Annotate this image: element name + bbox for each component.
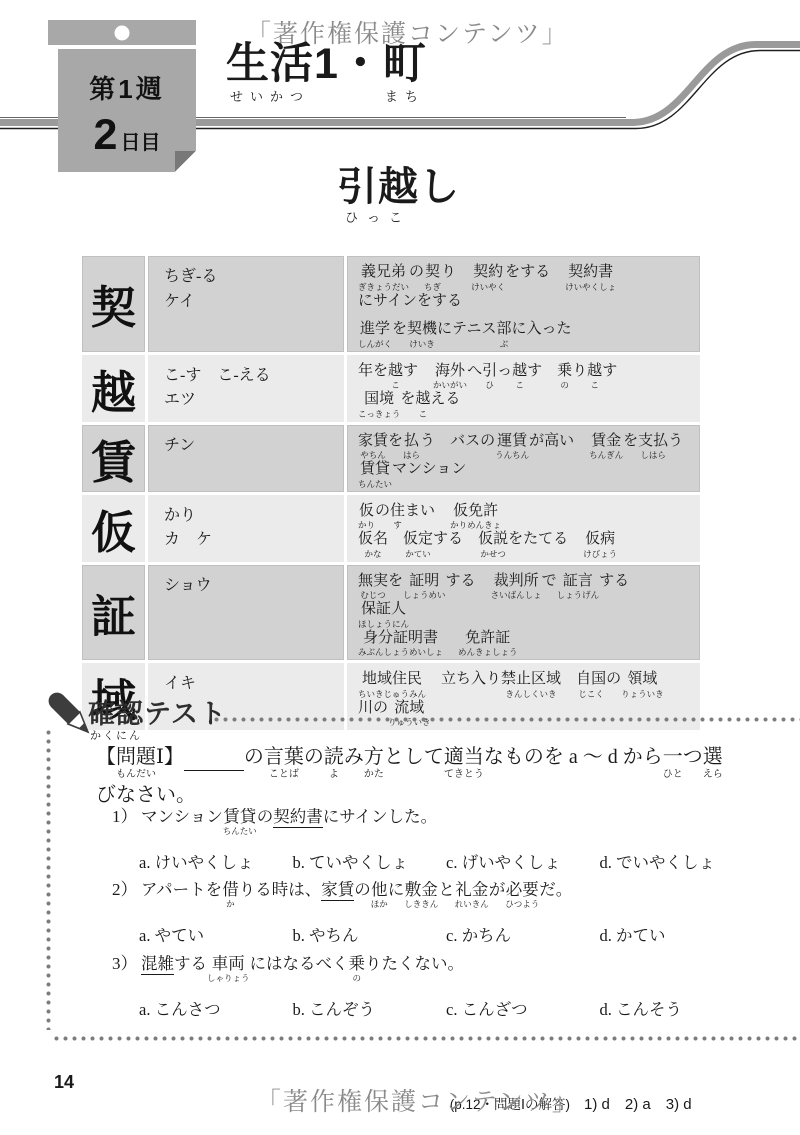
question-number: 3） xyxy=(112,953,141,975)
example-line: 年を越こす 海外かいがいへ引ひっ越こす 乗のり越こす xyxy=(358,362,695,391)
question-stem: アパートを借かりる時は、家賃の他ほかに敷金しききんと礼金れいきんが必要ひつようだ… xyxy=(141,879,572,910)
kanji-readings: チン xyxy=(148,425,344,492)
option-d: d. こんそう xyxy=(600,996,754,1020)
answer-options: a. やてい b. やちん c. かちん d. かてい xyxy=(139,922,753,946)
kanji-examples: 義兄弟ぎきょうだいの契ちぎり 契約けいやくをする 契約書けいやくしょにサインをす… xyxy=(347,256,700,352)
kanji-row-kei: 契 ちぎ‐る ケイ 義兄弟ぎきょうだいの契ちぎり 契約けいやくをする 契約書けい… xyxy=(82,256,700,352)
question-stem: 混雑する車両しゃりょうにはなるべく乗のりたくない。 xyxy=(141,953,464,984)
dotted-border-bottom xyxy=(52,1035,800,1042)
kanji-examples: 家賃やちんを払はらう バスの運賃うんちんが高い 賃金ちんぎんを支払しはらう 賃貸… xyxy=(347,425,700,492)
option-a: a. こんさつ xyxy=(139,996,293,1020)
option-c: c. げいやくしょ xyxy=(446,849,600,873)
textbook-page: 「著作権保護コンテンツ」 第1週 2日目 生活せいかつ1・町まち 引越ひっこし … xyxy=(0,0,800,1135)
kanji-table: 契 ちぎ‐る ケイ 義兄弟ぎきょうだいの契ちぎり 契約けいやくをする 契約書けい… xyxy=(82,256,700,733)
kun-reading: かり xyxy=(164,504,343,529)
on-reading: ショウ xyxy=(164,574,343,599)
calendar-body: 第1週 2日目 xyxy=(58,49,196,172)
calendar-hole-icon xyxy=(115,25,130,40)
on-reading: チン xyxy=(164,434,343,459)
answer-options: a. けいやくしょ b. ていやくしょ c. げいやくしょ d. でいやくしょ xyxy=(139,849,753,873)
question-number: 2） xyxy=(112,879,141,901)
day-suffix: 日目 xyxy=(120,132,160,154)
kun-reading: ちぎ‐る xyxy=(164,265,343,290)
kanji-row-shou: 証 ショウ 無実むじつを証明しょうめいする 裁判所さいばんしょで証言しょうげんす… xyxy=(82,565,700,661)
kun-reading: こ‐す こ‐える xyxy=(164,364,343,389)
example-line: 仮かりの住すまい 仮免許かりめんきょ xyxy=(358,502,695,531)
kanji-readings: かり カ ケ xyxy=(148,495,344,562)
example-line: 賃貸ちんたいマンション xyxy=(358,460,695,489)
question-number: 1） xyxy=(112,806,141,828)
copyright-watermark-bottom: 「著作権保護コンテンツ」 xyxy=(256,1082,579,1118)
option-d: d. かてい xyxy=(600,922,754,946)
week-label: 第1週 xyxy=(58,69,196,106)
example-line: 進学しんがくを契機けいきにテニス部ぶに入った xyxy=(358,320,695,349)
answer-options: a. こんさつ b. こんぞう c. こんざつ d. こんそう xyxy=(139,996,753,1020)
example-line: 国境こっきょうを越こえる xyxy=(358,390,695,419)
question-3: 3） 混雑する車両しゃりょうにはなるべく乗のりたくない。 a. こんさつ b. … xyxy=(112,953,772,1020)
example-line: 家賃やちんを払はらう バスの運賃うんちんが高い 賃金ちんぎんを支払しはらう xyxy=(358,432,695,461)
on-reading: カ ケ xyxy=(164,528,343,553)
question-stem: マンション賃貸ちんたいの契約書にサインした。 xyxy=(141,806,437,837)
confirmation-test-section: 確認かくにんテスト 【問題もんだいⅠ】 の言葉ことばの読よみ方かたとして適当てき… xyxy=(0,688,800,1050)
kanji-character: 越 xyxy=(82,355,145,422)
option-b: b. やちん xyxy=(293,922,447,946)
option-b: b. こんぞう xyxy=(293,996,447,1020)
kanji-readings: こ‐す こ‐える エツ xyxy=(148,355,344,422)
on-reading: エツ xyxy=(164,388,343,413)
on-reading: ケイ xyxy=(164,290,343,315)
option-a: a. やてい xyxy=(139,922,293,946)
kanji-examples: 無実むじつを証明しょうめいする 裁判所さいばんしょで証言しょうげんする 保証人ほ… xyxy=(347,565,700,661)
dotted-border-top xyxy=(212,716,800,723)
calendar-top-strip xyxy=(48,20,196,45)
question-2: 2） アパートを借かりる時は、家賃の他ほかに敷金しききんと礼金れいきんが必要ひつ… xyxy=(112,879,772,946)
folded-corner xyxy=(175,151,196,172)
lesson-title: 生活せいかつ1・町まち xyxy=(226,42,427,103)
day-number: 2 xyxy=(94,111,118,159)
kanji-character: 証 xyxy=(82,565,145,661)
option-d: d. でいやくしょ xyxy=(600,849,754,873)
kanji-readings: ちぎ‐る ケイ xyxy=(148,256,344,352)
kanji-character: 仮 xyxy=(82,495,145,562)
kanji-row-kari: 仮 かり カ ケ 仮かりの住すまい 仮免許かりめんきょ 仮名かな 仮定かていする… xyxy=(82,495,700,562)
example-line: 身分証明書みぶんしょうめいしょ 免許証めんきょしょう xyxy=(358,629,695,658)
kanji-examples: 仮かりの住すまい 仮免許かりめんきょ 仮名かな 仮定かていする 仮説かせつをたて… xyxy=(347,495,700,562)
kanji-readings: ショウ xyxy=(148,565,344,661)
answer-key-values: 1) d 2) a 3) d xyxy=(584,1096,692,1113)
example-line: 義兄弟ぎきょうだいの契ちぎり 契約けいやくをする 契約書けいやくしょにサインをす… xyxy=(358,263,695,320)
option-a: a. けいやくしょ xyxy=(139,849,293,873)
option-c: c. こんざつ xyxy=(446,996,600,1020)
lesson-topic-title: 引越ひっこし xyxy=(337,166,460,224)
kanji-character: 契 xyxy=(82,256,145,352)
day-calendar-badge: 第1週 2日目 xyxy=(48,20,196,172)
dotted-border-left xyxy=(45,728,52,1030)
kanji-character: 賃 xyxy=(82,425,145,492)
test-heading: 確認かくにんテスト xyxy=(88,700,227,742)
kanji-row-etsu: 越 こ‐す こ‐える エツ 年を越こす 海外かいがいへ引ひっ越こす 乗のり越こす… xyxy=(82,355,700,422)
kanji-examples: 年を越こす 海外かいがいへ引ひっ越こす 乗のり越こす 国境こっきょうを越こえる xyxy=(347,355,700,422)
option-c: c. かちん xyxy=(446,922,600,946)
example-line: 仮名かな 仮定かていする 仮説かせつをたてる 仮病けびょう xyxy=(358,530,695,559)
page-number: 14 xyxy=(54,1072,74,1093)
kanji-row-chin: 賃 チン 家賃やちんを払はらう バスの運賃うんちんが高い 賃金ちんぎんを支払しは… xyxy=(82,425,700,492)
question-1: 1） マンション賃貸ちんたいの契約書にサインした。 a. けいやくしょ b. て… xyxy=(112,806,772,873)
example-line: 無実むじつを証明しょうめいする 裁判所さいばんしょで証言しょうげんする 保証人ほ… xyxy=(358,572,695,629)
option-b: b. ていやくしょ xyxy=(293,849,447,873)
